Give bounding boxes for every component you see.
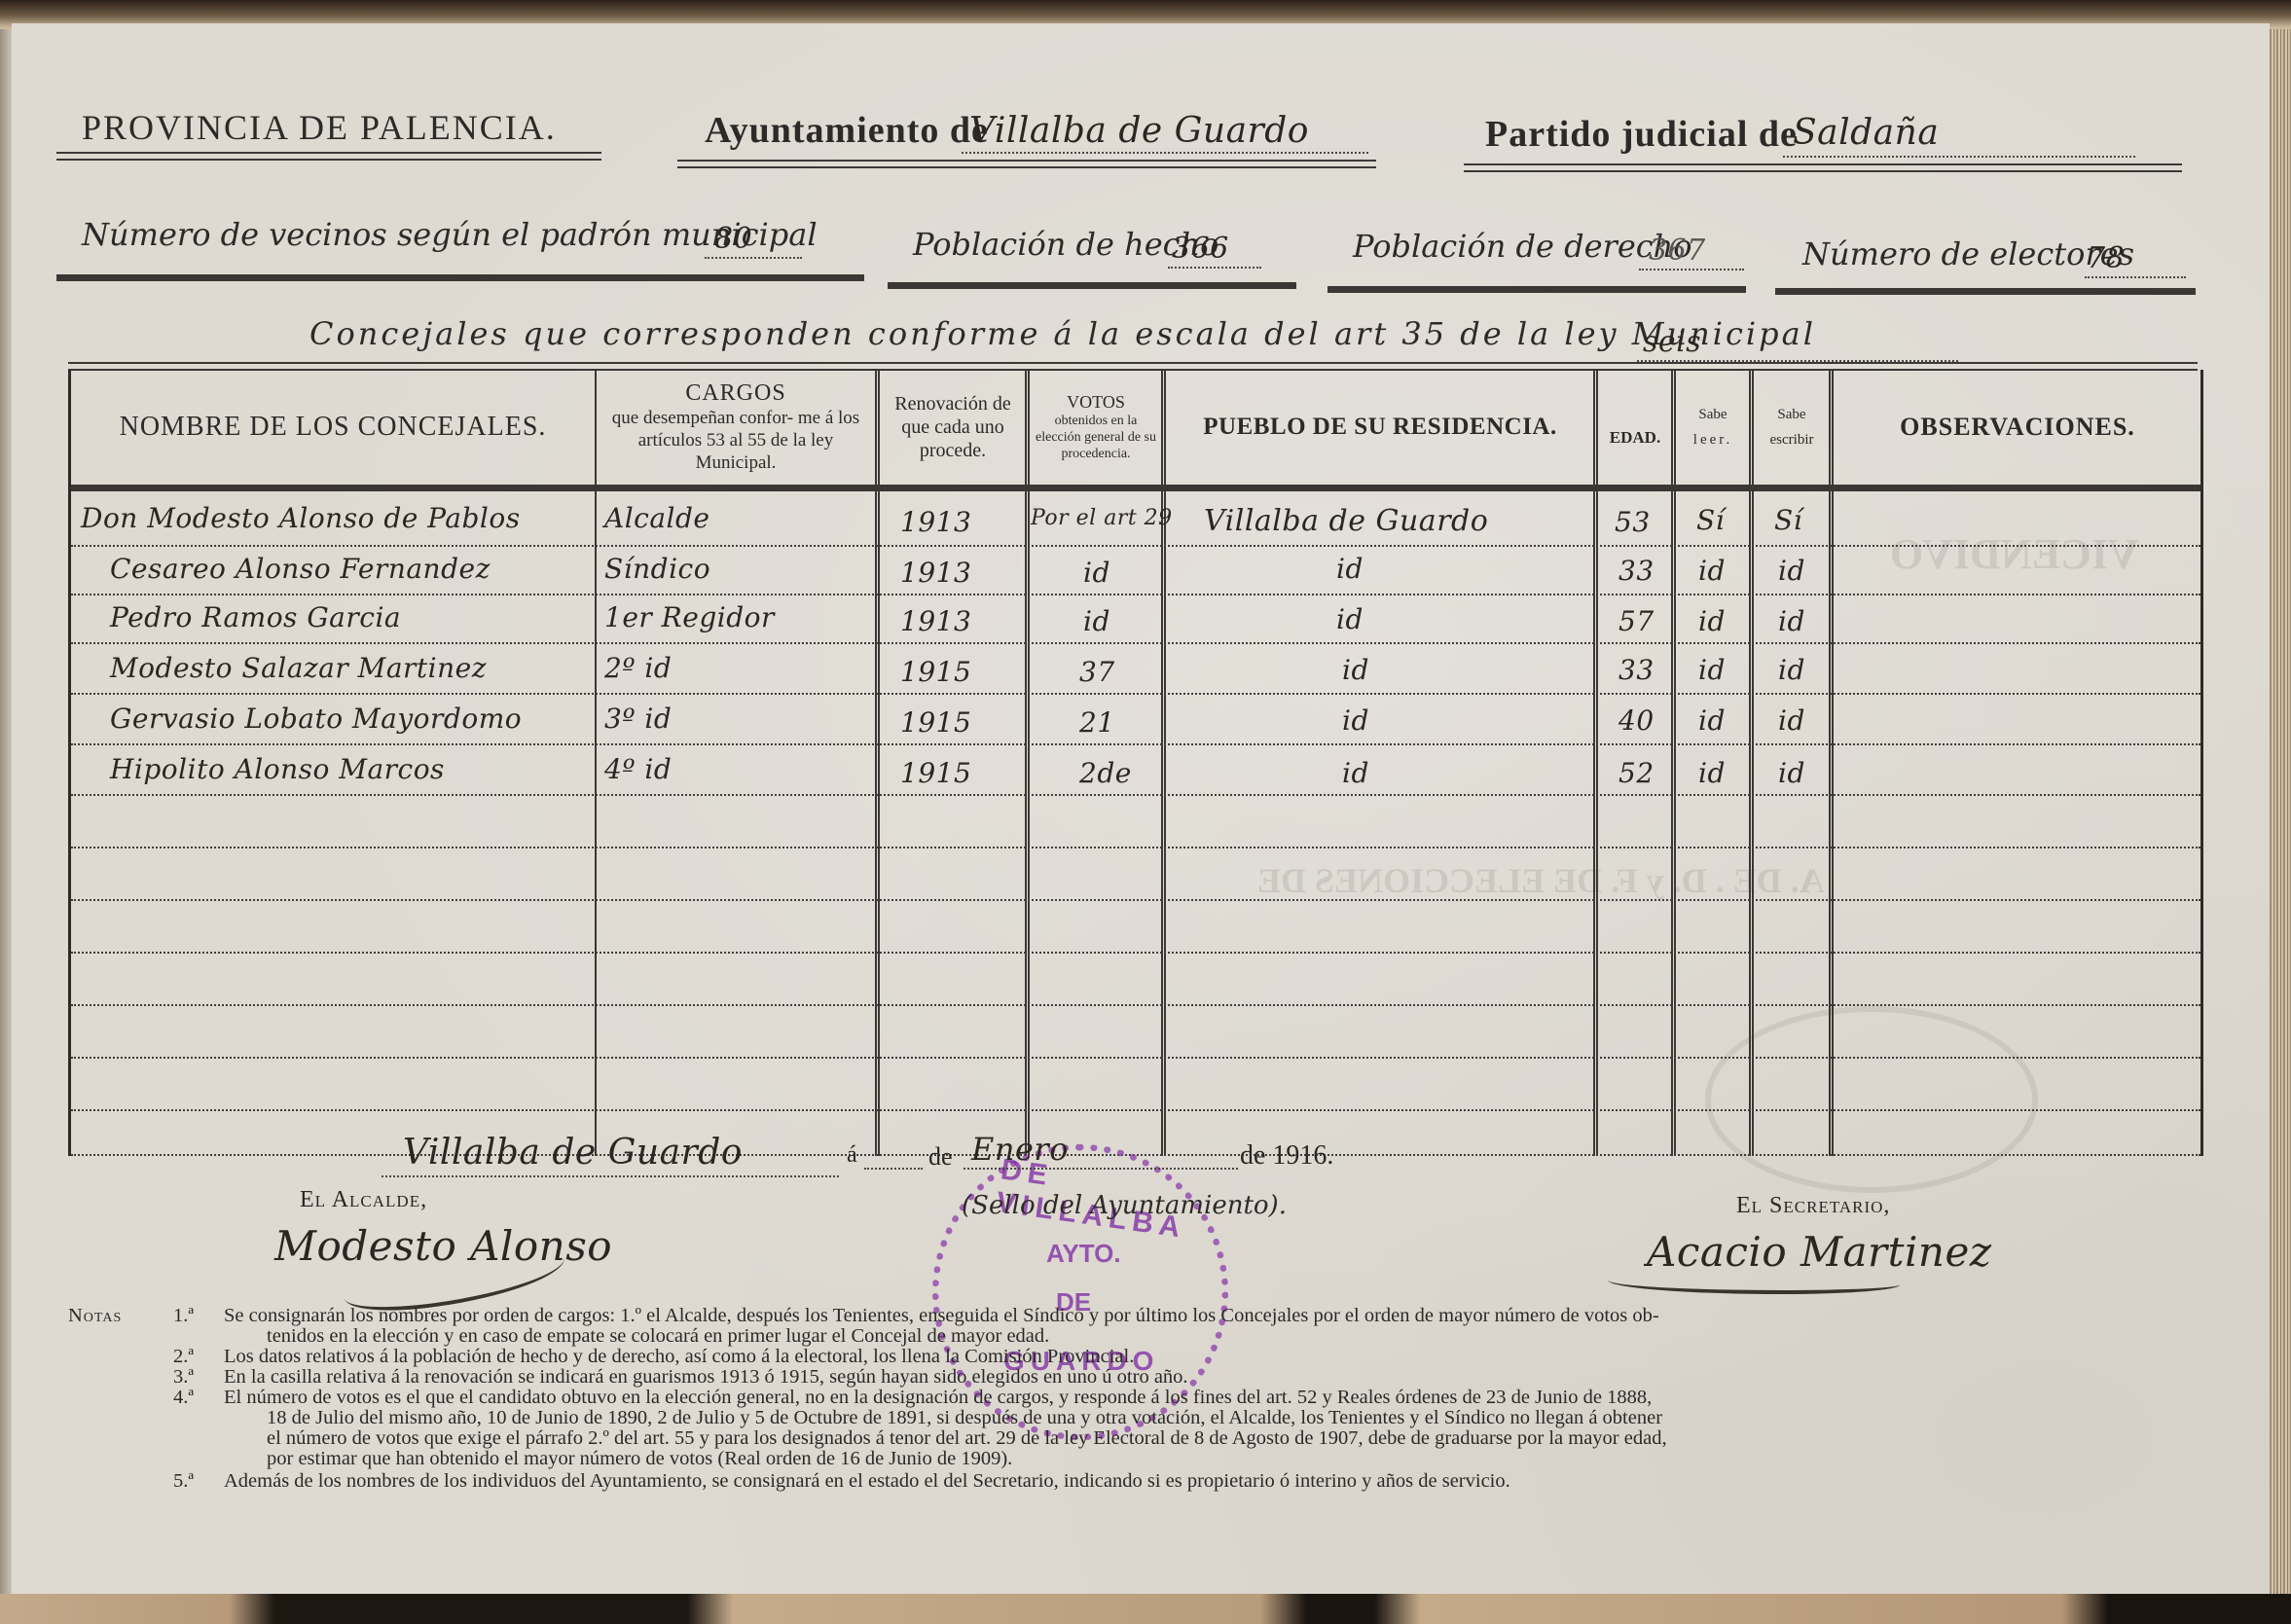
row-rule xyxy=(71,899,2200,901)
partido-label: Partido judicial de xyxy=(1485,113,1798,156)
cell-leer: id xyxy=(1698,704,1726,737)
cell-nombre: Don Modesto Alonso de Pablos xyxy=(81,502,521,534)
place-field[interactable]: Villalba de Guardo xyxy=(382,1142,839,1177)
header-cargos-sub: que desempeñan confor- me á los artículo… xyxy=(597,407,875,474)
header-votos: VOTOS obtenidos en la elección general d… xyxy=(1031,370,1161,485)
cell-edad: 53 xyxy=(1615,506,1651,538)
note-number: 1.ª xyxy=(173,1306,220,1326)
row-rule xyxy=(71,847,2200,848)
cell-leer: id xyxy=(1698,654,1726,686)
notes-label: Notas xyxy=(68,1306,122,1326)
header-cargos: CARGOS que desempeñan confor- me á los a… xyxy=(597,370,875,485)
cell-nombre: Cesareo Alonso Fernandez xyxy=(110,553,491,585)
derecho-value: 367 xyxy=(1649,234,1706,268)
note-line: Además de los nombres de los individuos … xyxy=(224,1471,1510,1492)
date-a-text: á xyxy=(847,1142,857,1169)
note-number: 2.ª xyxy=(173,1347,194,1367)
partido-value: Saldaña xyxy=(1793,113,1939,153)
table-row[interactable]: Modesto Salazar Martinez 2º id 1915 37 i… xyxy=(71,642,2200,693)
note-line: El número de votos es el que el candidat… xyxy=(224,1388,1652,1408)
book-page-stack xyxy=(2270,29,2291,1601)
cell-votos: 2de xyxy=(1079,757,1132,789)
cell-renovacion: 1915 xyxy=(900,706,971,739)
day-field[interactable] xyxy=(864,1166,923,1170)
cell-cargo: Síndico xyxy=(604,553,710,585)
cell-escribir: id xyxy=(1778,704,1805,737)
cell-pueblo: id xyxy=(1336,603,1364,635)
cell-cargo: 3º id xyxy=(604,703,672,735)
header-rule xyxy=(71,485,2200,491)
header-leer-line2: leer. xyxy=(1693,427,1732,452)
sello-label: (Sello del Ayuntamiento). xyxy=(962,1191,1287,1220)
cell-cargo: 2º id xyxy=(604,652,672,684)
note-line: por estimar que han obtenido el mayor nú… xyxy=(267,1449,1012,1469)
header-nombre: NOMBRE DE LOS CONCEJALES. xyxy=(71,370,595,485)
cell-nombre: Pedro Ramos Garcia xyxy=(110,601,401,633)
book-bottom-edge xyxy=(0,1594,2291,1624)
province-title: PROVINCIA DE PALENCIA. xyxy=(82,107,557,148)
cell-cargo: 1er Regidor xyxy=(604,601,775,633)
cell-renovacion: 1913 xyxy=(900,506,971,538)
cell-cargo: Alcalde xyxy=(604,502,710,534)
cell-edad: 52 xyxy=(1618,757,1655,789)
cell-renovacion: 1913 xyxy=(900,557,971,589)
row-rule xyxy=(71,1109,2200,1111)
header-leer-line1: Sabe xyxy=(1698,402,1727,427)
ayuntamiento-underline xyxy=(677,160,1376,168)
header-edad: EDAD. xyxy=(1599,370,1671,485)
document-page: VICENDIVO A. DE . D. y F. DE ELECCIONES … xyxy=(12,23,2270,1596)
partido-field[interactable]: Saldaña xyxy=(1783,121,2135,158)
cell-edad: 33 xyxy=(1618,555,1655,587)
header-observaciones: OBSERVACIONES. xyxy=(1835,370,2200,485)
hecho-field[interactable]: 366 xyxy=(1168,237,1261,269)
note-line: Se consignarán los nombres por orden de … xyxy=(224,1306,1659,1326)
cell-votos: id xyxy=(1083,557,1110,589)
table-row[interactable]: Hipolito Alonso Marcos 4º id 1915 2de id… xyxy=(71,743,2200,794)
concejales-value: seis xyxy=(1643,325,1701,359)
cell-cargo: 4º id xyxy=(604,753,672,785)
cell-edad: 40 xyxy=(1618,704,1655,737)
row-rule xyxy=(71,952,2200,954)
cell-pueblo: id xyxy=(1336,553,1364,585)
cell-leer: id xyxy=(1698,757,1726,789)
cell-pueblo: id xyxy=(1342,704,1369,737)
cell-escribir: id xyxy=(1778,555,1805,587)
concejales-label: Concejales que corresponden conforme á l… xyxy=(309,315,1816,352)
cell-escribir: Sí xyxy=(1774,504,1802,536)
cell-nombre: Gervasio Lobato Mayordomo xyxy=(110,703,522,735)
cell-nombre: Hipolito Alonso Marcos xyxy=(110,753,445,785)
secretario-label: El Secretario, xyxy=(1736,1193,1890,1219)
province-underline xyxy=(56,152,601,161)
note-line: Los datos relativos á la población de he… xyxy=(224,1347,1134,1367)
derecho-field[interactable]: 367 xyxy=(1639,239,1744,271)
header-pueblo: PUEBLO DE SU RESIDENCIA. xyxy=(1167,370,1593,485)
note-number: 5.ª xyxy=(173,1471,194,1492)
cell-votos: 37 xyxy=(1079,656,1115,688)
header-sabe-leer: Sabe leer. xyxy=(1677,370,1749,485)
ayuntamiento-field[interactable]: Villalba de Guardo xyxy=(962,117,1368,154)
month-value: Enero xyxy=(971,1131,1069,1168)
header-votos-title: VOTOS xyxy=(1067,392,1125,413)
stats-rule xyxy=(888,282,1296,289)
note-line: 18 de Julio del mismo año, 10 de Junio d… xyxy=(267,1408,1662,1428)
note-number: 3.ª xyxy=(173,1367,194,1388)
stats-rule xyxy=(1327,286,1746,293)
header-escribir-line2: escribir xyxy=(1770,427,1814,452)
cell-leer: id xyxy=(1698,555,1726,587)
cell-votos: 21 xyxy=(1079,706,1115,739)
electores-field[interactable]: 78 xyxy=(2085,247,2186,278)
cell-escribir: id xyxy=(1778,654,1805,686)
secretario-signature: Acacio Martinez xyxy=(1647,1228,1991,1276)
date-de-text: de xyxy=(928,1142,953,1172)
header-renovacion: Renovación de que cada uno procede. xyxy=(881,370,1025,485)
ayuntamiento-value: Villalba de Guardo xyxy=(969,111,1309,151)
cell-pueblo: Villalba de Guardo xyxy=(1204,504,1488,538)
note-line: tenidos en la elección y en caso de empa… xyxy=(267,1326,1049,1347)
header-sabe-escribir: Sabe escribir xyxy=(1755,370,1829,485)
cell-renovacion: 1913 xyxy=(900,605,971,637)
table-row[interactable]: Cesareo Alonso Fernandez Síndico 1913 id… xyxy=(71,545,2200,594)
cell-leer: Sí xyxy=(1696,504,1725,536)
cell-pueblo: id xyxy=(1342,654,1369,686)
header-escribir-line1: Sabe xyxy=(1777,402,1805,427)
stamp-text-inner: AYTO. xyxy=(1046,1239,1121,1269)
electores-value: 78 xyxy=(2087,241,2125,275)
vecinos-field[interactable]: 80 xyxy=(705,228,802,259)
note-number: 4.ª xyxy=(173,1388,194,1408)
cell-votos: id xyxy=(1083,605,1110,637)
concejales-field[interactable]: seis xyxy=(1637,331,1958,362)
table-row[interactable]: Gervasio Lobato Mayordomo 3º id 1915 21 … xyxy=(71,693,2200,743)
row-rule xyxy=(71,1057,2200,1059)
cell-renovacion: 1915 xyxy=(900,757,971,789)
cell-escribir: id xyxy=(1778,757,1805,789)
header-votos-sub: obtenidos en la elección general de su p… xyxy=(1031,413,1161,462)
table-row[interactable]: Don Modesto Alonso de Pablos Alcalde 191… xyxy=(71,492,2200,545)
secretario-rubric xyxy=(1608,1271,1900,1294)
cell-pueblo: id xyxy=(1342,757,1369,789)
stats-rule xyxy=(1775,288,2196,295)
stats-rule xyxy=(56,274,864,281)
row-rule xyxy=(71,1004,2200,1006)
note-line: En la casilla relativa á la renovación s… xyxy=(224,1367,1188,1388)
cell-edad: 33 xyxy=(1618,654,1655,686)
note-line: el número de votos que exige el párrafo … xyxy=(267,1428,1667,1449)
header-cargos-title: CARGOS xyxy=(685,380,785,407)
concejales-table: NOMBRE DE LOS CONCEJALES. CARGOS que des… xyxy=(68,370,2203,1156)
vecinos-value: 80 xyxy=(714,222,752,256)
cell-renovacion: 1915 xyxy=(900,656,971,688)
cell-votos: Por el art 29 xyxy=(1031,506,1173,530)
alcalde-label: El Alcalde, xyxy=(300,1187,427,1213)
ayuntamiento-label: Ayuntamiento de xyxy=(705,109,989,152)
partido-underline xyxy=(1464,163,2182,172)
cell-escribir: id xyxy=(1778,605,1805,637)
place-value: Villalba de Guardo xyxy=(403,1133,743,1173)
month-field[interactable]: Enero xyxy=(964,1142,1238,1170)
year-text: de 1916. xyxy=(1240,1140,1333,1172)
cell-leer: id xyxy=(1698,605,1726,637)
cell-nombre: Modesto Salazar Martinez xyxy=(110,652,487,684)
row-rule xyxy=(71,794,2200,796)
cell-edad: 57 xyxy=(1618,605,1655,637)
hecho-value: 366 xyxy=(1172,232,1229,266)
table-row[interactable]: Pedro Ramos Garcia 1er Regidor 1913 id i… xyxy=(71,594,2200,642)
